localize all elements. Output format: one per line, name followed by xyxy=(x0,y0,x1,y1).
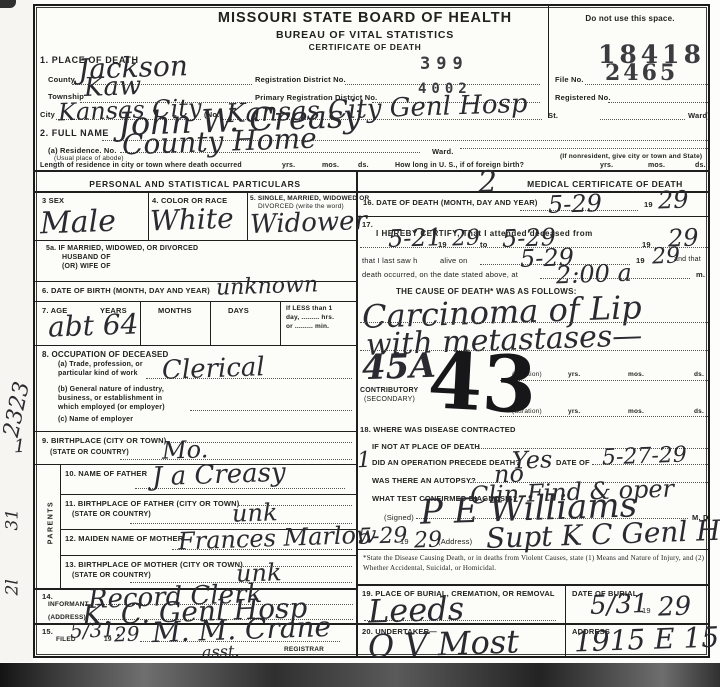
19-label: 19 xyxy=(400,537,409,546)
registration-district-stamp: 399 xyxy=(420,56,469,73)
19-label: 19 xyxy=(438,240,447,249)
registration-district-label: Registration District No. xyxy=(255,75,346,84)
mother-birthplace-sub-label: (STATE OR COUNTRY) xyxy=(72,572,151,579)
father-name-value: J a Creasy xyxy=(152,460,287,491)
dob-label: 6. DATE OF BIRTH (MONTH, DAY AND YEAR) xyxy=(42,286,210,295)
margin-one-mark: 1 xyxy=(357,450,372,472)
rule xyxy=(600,119,685,120)
rule xyxy=(35,301,356,302)
rule xyxy=(357,549,710,550)
scan-bottom-band xyxy=(0,663,720,687)
yrs-label: yrs. xyxy=(568,371,580,378)
residence-label: (a) Residence. No. xyxy=(48,146,117,155)
alive-on-label: alive on xyxy=(440,256,467,265)
spouse-wife-label: (OR) WIFE OF xyxy=(62,263,111,270)
filed-number: 15. xyxy=(42,627,53,636)
section-17-number: 17. xyxy=(362,220,373,229)
burial-year-value: 29 xyxy=(658,593,692,620)
how-long-us-label: How long in U. S., if of foreign birth? xyxy=(395,162,524,169)
date-of-burial-value: 5/31 xyxy=(590,591,649,619)
death-time-value: 2:00 a xyxy=(556,261,633,288)
mos-label: mos. xyxy=(628,408,644,415)
undertaker-address-value: 1915 E 15 xyxy=(574,623,720,656)
full-name-label: 2. FULL NAME xyxy=(40,128,109,138)
residence-ward-label: Ward. xyxy=(432,147,454,156)
registrar-asst-note: asst. xyxy=(202,643,240,660)
birthplace-sub-label: (STATE OR COUNTRY) xyxy=(50,449,129,456)
margin-note: 1 xyxy=(14,438,26,456)
duration-label: (duration) xyxy=(512,408,542,415)
signed-label: (Signed) xyxy=(384,513,414,522)
contributory-label: CONTRIBUTORY xyxy=(360,387,418,394)
left-column-header: PERSONAL AND STATISTICAL PARTICULARS xyxy=(40,179,350,189)
rule xyxy=(548,4,549,118)
margin-note: 2l xyxy=(5,546,22,596)
rule xyxy=(60,494,356,495)
bureau-subtitle: BUREAU OF VITAL STATISTICS xyxy=(180,29,550,41)
rule xyxy=(35,431,356,432)
occupation-c-label: (c) Name of employer xyxy=(58,416,133,423)
disease-contracted-label: 18. WHERE WAS DISEASE CONTRACTED xyxy=(360,425,516,434)
rule xyxy=(35,240,356,241)
marital-value: Widower xyxy=(250,208,368,238)
secondary-label: (SECONDARY) xyxy=(364,396,415,403)
occupation-b-label3: which employed (or employer) xyxy=(58,404,165,411)
death-occurred-label: death occurred, on the date stated above… xyxy=(362,270,518,279)
informant-number: 14. xyxy=(42,592,53,601)
date-of-death-label: 16. DATE OF DEATH (MONTH, DAY AND YEAR) xyxy=(363,198,538,207)
certificate-subtitle: CERTIFICATE OF DEATH xyxy=(180,42,550,52)
occupation-a-label: (a) Trade, profession, or xyxy=(58,361,143,368)
age-value: abt 64 xyxy=(48,310,139,341)
date-of-death-value: 5-29 xyxy=(548,191,603,217)
registered-no-label: Registered No. xyxy=(555,93,611,102)
mos-label: mos. xyxy=(628,371,644,378)
cause-footnote: *State the Disease Causing Death, or in … xyxy=(363,553,707,573)
spouse-husband-label: HUSBAND OF xyxy=(62,254,111,261)
rule xyxy=(280,301,281,345)
yrs-label: yrs. xyxy=(282,162,295,169)
spouse-label: 5a. IF MARRIED, WIDOWED, OR DIVORCED xyxy=(46,245,198,252)
mother-birthplace-label: 13. BIRTHPLACE OF MOTHER (CITY OR TOWN) xyxy=(65,560,243,569)
birthplace-value: Mo. xyxy=(162,437,209,463)
county-label: County xyxy=(48,75,75,84)
to-label: to xyxy=(480,240,487,249)
ds-label: ds. xyxy=(694,408,704,415)
19-label: 19 xyxy=(636,256,645,265)
rule xyxy=(33,191,710,193)
age-less-label: If LESS than 1 xyxy=(286,305,333,312)
yrs-label: yrs. xyxy=(568,408,580,415)
column-header-handwritten-2: 2 xyxy=(477,168,497,199)
mos-label: mos. xyxy=(322,162,339,169)
ds-label: ds. xyxy=(694,371,704,378)
residence-value: County Home xyxy=(122,125,318,160)
rule xyxy=(210,301,211,345)
sex-value: Male xyxy=(39,207,116,240)
undertaker-value: O V Most xyxy=(367,625,519,662)
st-label: St. xyxy=(548,111,558,120)
father-birthplace-value: unk xyxy=(232,500,278,526)
rule xyxy=(190,410,352,411)
occupation-value: Clerical xyxy=(162,354,266,384)
mos-label: mos. xyxy=(648,162,665,169)
marital-label: 5. SINGLE, MARRIED, WIDOWED OR xyxy=(250,195,369,202)
signature-address-value: Supt K C Genl Hosp xyxy=(486,515,720,553)
city-label: City xyxy=(40,110,55,119)
yrs-label: yrs. xyxy=(600,162,613,169)
age-days-label: DAYS xyxy=(228,306,249,315)
birthplace-label: 9. BIRTHPLACE (CITY OR TOWN) xyxy=(42,436,167,445)
attended-from-year: 29 xyxy=(452,228,481,251)
mother-name-value: Frances Marlow xyxy=(178,523,377,554)
attended-from-value: 5-21 xyxy=(388,225,443,251)
father-birthplace-sub-label: (STATE OR COUNTRY) xyxy=(72,511,151,518)
autopsy-label: WAS THERE AN AUTOPSY? xyxy=(372,476,476,485)
rule xyxy=(565,584,566,658)
address-paren-label: (Address) xyxy=(438,537,472,546)
sex-label: 3 SEX xyxy=(42,196,64,205)
do-not-use-label: Do not use this space. xyxy=(560,14,700,23)
and-that-label: and that xyxy=(674,256,701,263)
date-of-death-year: 29 xyxy=(658,187,689,212)
rule xyxy=(357,584,710,586)
residence-sub-label: (Usual place of abode) xyxy=(54,155,124,162)
rule xyxy=(460,148,708,149)
rule xyxy=(140,301,141,345)
file-no-label: File No. xyxy=(555,75,584,84)
age-months-label: MONTHS xyxy=(158,306,192,315)
race-value: White xyxy=(150,205,235,236)
m-label: m. xyxy=(696,270,705,279)
filed-year-value: 29 xyxy=(114,624,140,645)
father-name-label: 10. NAME OF FATHER xyxy=(65,469,147,478)
margin-note: 31 xyxy=(5,481,22,531)
19-label: 19 xyxy=(642,606,651,615)
rule xyxy=(60,555,356,556)
19-label: 19 xyxy=(644,200,653,209)
rule xyxy=(500,416,708,417)
rule xyxy=(33,170,710,172)
registrar-label: REGISTRAR xyxy=(284,646,324,653)
age-less-label2: day, ......... hrs. xyxy=(286,314,334,321)
mother-name-label: 12. MAIDEN NAME OF MOTHER xyxy=(65,534,183,543)
dob-value: unknown xyxy=(216,274,319,300)
father-birthplace-label: 11. BIRTHPLACE OF FATHER (CITY OR TOWN) xyxy=(65,499,239,508)
occupation-a-label2: particular kind of work xyxy=(58,370,138,377)
ds-label: ds. xyxy=(358,162,369,169)
last-saw-label: that I last saw h xyxy=(362,256,418,265)
parents-label: PARENTS xyxy=(48,463,55,583)
scan-corner-smudge xyxy=(0,0,16,8)
if-not-at-place-label: IF NOT AT PLACE OF DEATH xyxy=(372,442,480,451)
rule xyxy=(608,102,708,103)
rule xyxy=(247,191,248,240)
rule xyxy=(357,216,710,217)
nonresident-note: (If nonresident, give city or town and S… xyxy=(560,153,702,160)
cause-code-45a: 45A xyxy=(361,349,436,386)
occupation-b-label2: business, or establishment in xyxy=(58,395,162,402)
ward-label: Ward) xyxy=(688,111,710,120)
length-residence-label: Length of residence in city or town wher… xyxy=(40,162,242,169)
19-label: 19 xyxy=(642,240,651,249)
registrar-signature: M. M. Crane xyxy=(152,613,332,647)
occupation-label: 8. OCCUPATION OF DECEASED xyxy=(42,350,169,359)
rule xyxy=(35,345,356,346)
age-less-label3: or ......... min. xyxy=(286,323,329,330)
file-no-stamp: 2465 xyxy=(605,62,678,84)
rule xyxy=(60,464,61,588)
date-of-label: DATE OF xyxy=(556,458,590,467)
board-title: MISSOURI STATE BOARD OF HEALTH xyxy=(180,10,550,26)
scanned-death-certificate: 2323 1 31 2l MISSOURI STATE BOARD OF HEA… xyxy=(0,0,720,687)
operation-date-value: 5-27-29 xyxy=(602,445,688,470)
occupation-b-label: (b) General nature of industry, xyxy=(58,386,164,393)
filed-19-label: 19 xyxy=(104,636,112,643)
ds-label: ds. xyxy=(695,162,706,169)
